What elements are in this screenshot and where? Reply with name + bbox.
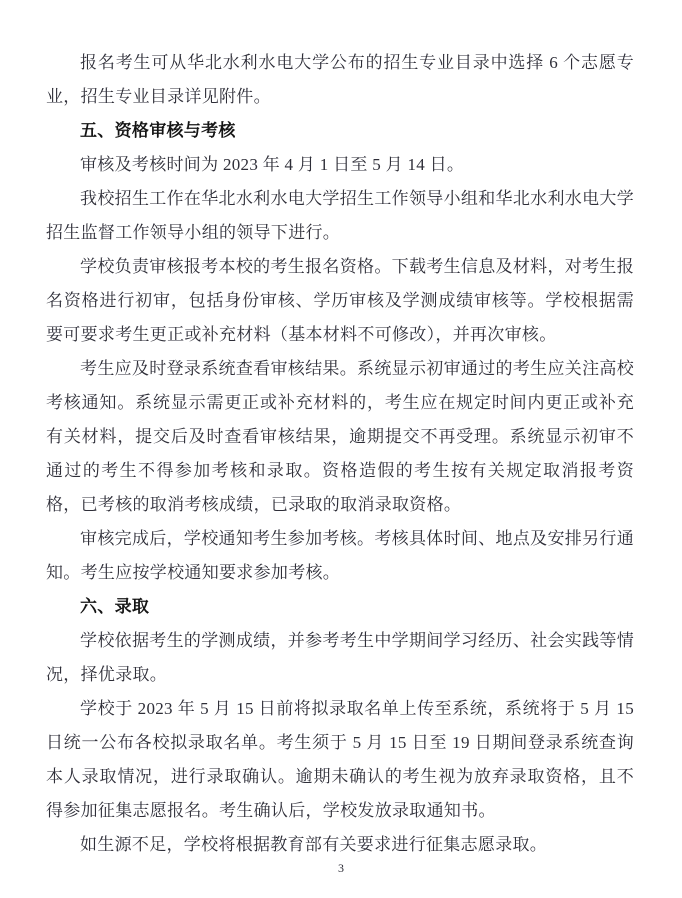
page-number: 3 (0, 860, 682, 876)
paragraph-admission-list: 学校于 2023 年 5 月 15 日前将拟录取名单上传至系统，系统将于 5 月… (46, 692, 634, 828)
document-body: 报名考生可从华北水利水电大学公布的招生专业目录中选择 6 个志愿专业，招生专业目… (46, 46, 634, 862)
paragraph-leadership-group: 我校招生工作在华北水利水电大学招生工作领导小组和华北水利水电大学招生监督工作领导… (46, 182, 634, 250)
section-heading-admission: 六、录取 (46, 590, 634, 624)
paragraph-merit-admission: 学校依据考生的学测成绩，并参考考生中学期间学习经历、社会实践等情况，择优录取。 (46, 624, 634, 692)
paragraph-supplementary: 如生源不足，学校将根据教育部有关要求进行征集志愿录取。 (46, 828, 634, 862)
paragraph-initial-review: 学校负责审核报考本校的考生报名资格。下载考生信息及材料，对考生报名资格进行初审，… (46, 250, 634, 352)
section-heading-qualification: 五、资格审核与考核 (46, 114, 634, 148)
document-page: 报名考生可从华北水利水电大学公布的招生专业目录中选择 6 个志愿专业，招生专业目… (0, 0, 682, 898)
paragraph-check-results: 考生应及时登录系统查看审核结果。系统显示初审通过的考生应关注高校考核通知。系统显… (46, 352, 634, 522)
paragraph-review-time: 审核及考核时间为 2023 年 4 月 1 日至 5 月 14 日。 (46, 148, 634, 182)
paragraph-exam-notice: 审核完成后，学校通知考生参加考核。考核具体时间、地点及安排另行通知。考生应按学校… (46, 522, 634, 590)
paragraph-enroll-majors: 报名考生可从华北水利水电大学公布的招生专业目录中选择 6 个志愿专业，招生专业目… (46, 46, 634, 114)
